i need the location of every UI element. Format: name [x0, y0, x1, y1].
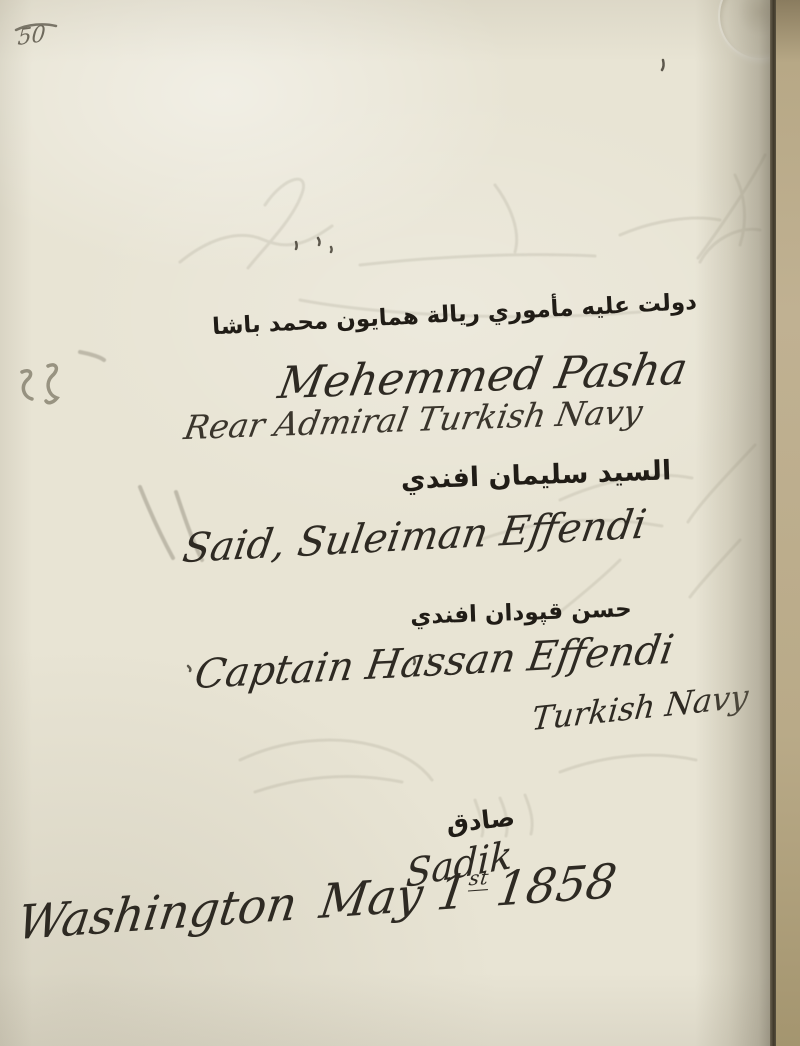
dateline-place: Washington — [14, 876, 301, 951]
entry-1-title-line: Rear Admiral Turkish Navy — [184, 392, 643, 447]
dateline-ordinal: st — [467, 866, 490, 892]
entry-2-arabic-signature: السيد سليمان افندي — [400, 455, 673, 495]
entry-3-name-signature: Captain Hassan Effendi — [194, 627, 674, 698]
folio-number: 50 — [16, 22, 47, 51]
dateline-month-day: May 1 — [316, 864, 471, 930]
manuscript-page-scan: 50 دولت عليه مأموري ريالة همايون محمد با… — [0, 0, 800, 1046]
entry-1-arabic-signature: دولت عليه مأموري ريالة همايون محمد باشا — [425, 289, 698, 329]
margin-mark-55 — [22, 365, 57, 403]
dateline-year: 1858 — [493, 854, 620, 918]
entry-3-title-line: Turkish Navy — [530, 677, 750, 738]
entry-3-arabic-signature: حسن قپودان افندي — [400, 596, 643, 630]
page-curl-shadow — [695, 0, 770, 1046]
next-page-edge — [776, 0, 800, 1046]
entry-2-name-signature: Said, Suleiman Effendi — [182, 502, 647, 572]
dateline: Washington May 1st 1858 — [16, 854, 618, 951]
entry-4-arabic-signature: صادق — [427, 801, 534, 841]
